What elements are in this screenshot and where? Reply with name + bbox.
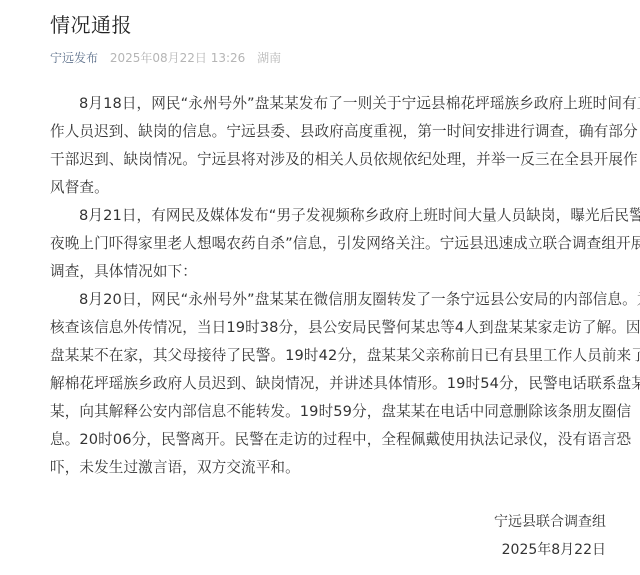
publish-region: 湖南 <box>257 51 281 65</box>
paragraph-line: 8月20日，网民“永州号外”盘某某在微信朋友圈转发了一条宁远县公安局的内部信息。… <box>50 286 615 314</box>
paragraph-line: 解棉花坪瑶族乡政府人员迟到、缺岗情况，并讲述具体情形。19时54分，民警电话联系… <box>50 370 615 398</box>
paragraph-line: 息。20时06分，民警离开。民警在走访的过程中，全程佩戴使用执法记录仪，没有语言… <box>50 426 615 454</box>
paragraph-line: 盘某某不在家，其父母接待了民警。19时42分，盘某某父亲称前日已有县里工作人员前… <box>50 342 615 370</box>
paragraph-2: 8月21日，有网民及媒体发布“男子发视频称乡政府上班时间大量人员缺岗，曝光后民警… <box>50 202 615 286</box>
paragraph-line: 核查该信息外传情况，当日19时38分，县公安局民警何某忠等4人到盘某某家走访了解… <box>50 314 615 342</box>
paragraph-line: 某，向其解释公安内部信息不能转发。19时59分，盘某某在电话中同意删除该条朋友圈… <box>50 398 615 426</box>
paragraph-line: 干部迟到、缺岗情况。宁远县将对涉及的相关人员依规依纪处理，并举一反三在全县开展作 <box>50 146 615 174</box>
article-meta: 宁远发布 2025年08月22日 13:26 湖南 <box>50 50 281 66</box>
paragraph-line: 作人员迟到、缺岗的信息。宁远县委、县政府高度重视，第一时间安排进行调查，确有部分 <box>50 118 615 146</box>
article-body: 8月18日，网民“永州号外”盘某某发布了一则关于宁远县棉花坪瑶族乡政府上班时间有… <box>50 90 615 482</box>
source-account-link[interactable]: 宁远发布 <box>50 51 98 65</box>
paragraph-line: 8月21日，有网民及媒体发布“男子发视频称乡政府上班时间大量人员缺岗，曝光后民警 <box>50 202 615 230</box>
signature-date: 2025年8月22日 <box>494 536 606 564</box>
paragraph-line: 8月18日，网民“永州号外”盘某某发布了一则关于宁远县棉花坪瑶族乡政府上班时间有… <box>50 90 615 118</box>
paragraph-line: 调查，具体情况如下： <box>50 258 615 286</box>
paragraph-1: 8月18日，网民“永州号外”盘某某发布了一则关于宁远县棉花坪瑶族乡政府上班时间有… <box>50 90 615 202</box>
paragraph-line: 吓，未发生过激言语，双方交流平和。 <box>50 454 615 482</box>
signature-organization: 宁远县联合调查组 <box>494 508 606 536</box>
paragraph-3: 8月20日，网民“永州号外”盘某某在微信朋友圈转发了一条宁远县公安局的内部信息。… <box>50 286 615 482</box>
paragraph-line: 风督查。 <box>50 174 615 202</box>
article-title: 情况通报 <box>50 12 132 38</box>
signature-block: 宁远县联合调查组 2025年8月22日 <box>494 508 606 564</box>
publish-datetime: 2025年08月22日 13:26 <box>110 51 245 65</box>
paragraph-line: 夜晚上门吓得家里老人想喝农药自杀”信息，引发网络关注。宁远县迅速成立联合调查组开… <box>50 230 615 258</box>
